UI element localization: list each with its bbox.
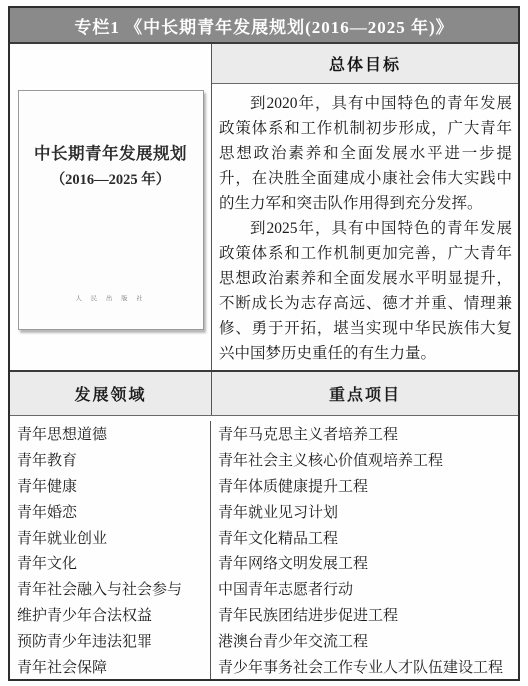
- book-publisher: 人 民 出 版 社: [53, 293, 167, 302]
- cell-project: 青年社会主义核心价值观培养工程: [211, 449, 518, 470]
- table-row: 青年社会保障 青少年事务社会工作专业人才队伍建设工程: [10, 653, 518, 679]
- goal-paragraph-2025: 到2025年，具有中国特色的青年发展政策体系和工作机制更加完善，广大青年思想政治…: [219, 216, 512, 366]
- cell-area: 维护青少年合法权益: [10, 602, 211, 628]
- header-development-area: 发展领域: [10, 372, 212, 415]
- panel-titlebar: 专栏1 《中长期青年发展规划(2016—2025 年)》: [10, 8, 518, 44]
- cell-project: 青年就业见习计划: [211, 501, 518, 522]
- cell-area: 青年就业创业: [10, 524, 211, 550]
- cell-area: 青年思想道德: [10, 421, 211, 447]
- table-row: 青年文化 青年网络文明发展工程: [10, 550, 518, 576]
- book-title-line2: （2016—2025 年）: [19, 168, 203, 189]
- panel-title: 专栏1 《中长期青年发展规划(2016—2025 年)》: [74, 13, 453, 38]
- cell-area: 青年社会保障: [10, 653, 211, 679]
- book-title-line1: 中长期青年发展规划: [19, 140, 203, 164]
- table-row: 维护青少年合法权益 青年民族团结进步促进工程: [10, 602, 518, 628]
- overall-goal-section: 总体目标 到2020年，具有中国特色的青年发展政策体系和工作机制初步形成，广大青…: [212, 44, 518, 370]
- overall-goal-body: 到2020年，具有中国特色的青年发展政策体系和工作机制初步形成，广大青年思想政治…: [212, 84, 518, 370]
- table-body: 青年思想道德 青年马克思主义者培养工程 青年教育 青年社会主义核心价值观培养工程…: [10, 416, 518, 679]
- cell-area: 青年健康: [10, 473, 211, 499]
- table-row: 青年婚恋 青年就业见习计划: [10, 498, 518, 524]
- cell-area: 预防青少年违法犯罪: [10, 627, 211, 653]
- cell-project: 中国青年志愿者行动: [211, 578, 518, 599]
- development-table: 发展领域 重点项目 青年思想道德 青年马克思主义者培养工程 青年教育 青年社会主…: [10, 370, 518, 679]
- cell-project: 青年文化精品工程: [211, 527, 518, 548]
- table-row: 青年社会融入与社会参与 中国青年志愿者行动: [10, 576, 518, 602]
- overall-goal-title: 总体目标: [329, 52, 401, 75]
- cell-area: 青年教育: [10, 447, 211, 473]
- cell-area: 青年社会融入与社会参与: [10, 576, 211, 602]
- book-title: 中长期青年发展规划 （2016—2025 年）: [19, 140, 203, 189]
- cell-area: 青年婚恋: [10, 498, 211, 524]
- overall-goal-header: 总体目标: [212, 44, 518, 84]
- table-row: 青年教育 青年社会主义核心价值观培养工程: [10, 447, 518, 473]
- cell-project: 青年体质健康提升工程: [211, 475, 518, 496]
- table-row: 预防青少年违法犯罪 港澳台青少年交流工程: [10, 627, 518, 653]
- table-row: 青年健康 青年体质健康提升工程: [10, 473, 518, 499]
- cell-project: 青少年事务社会工作专业人才队伍建设工程: [211, 656, 518, 677]
- table-header-row: 发展领域 重点项目: [10, 372, 518, 416]
- goal-paragraph-2020: 到2020年，具有中国特色的青年发展政策体系和工作机制初步形成，广大青年思想政治…: [219, 91, 512, 216]
- table-row: 青年思想道德 青年马克思主义者培养工程: [10, 421, 518, 447]
- cell-project: 青年民族团结进步促进工程: [211, 604, 518, 625]
- cell-area: 青年文化: [10, 550, 211, 576]
- cell-project: 青年网络文明发展工程: [211, 552, 518, 573]
- cell-project: 港澳台青少年交流工程: [211, 630, 518, 651]
- cell-project: 青年马克思主义者培养工程: [211, 423, 518, 444]
- upper-section: 中长期青年发展规划 （2016—2025 年） 人 民 出 版 社 总体目标 到…: [10, 44, 518, 370]
- book-column: 中长期青年发展规划 （2016—2025 年） 人 民 出 版 社: [10, 44, 212, 370]
- book-cover: 中长期青年发展规划 （2016—2025 年） 人 民 出 版 社: [18, 90, 204, 330]
- column-panel: 专栏1 《中长期青年发展规划(2016—2025 年)》 中长期青年发展规划 （…: [8, 6, 520, 681]
- table-row: 青年就业创业 青年文化精品工程: [10, 524, 518, 550]
- header-key-project: 重点项目: [212, 372, 518, 415]
